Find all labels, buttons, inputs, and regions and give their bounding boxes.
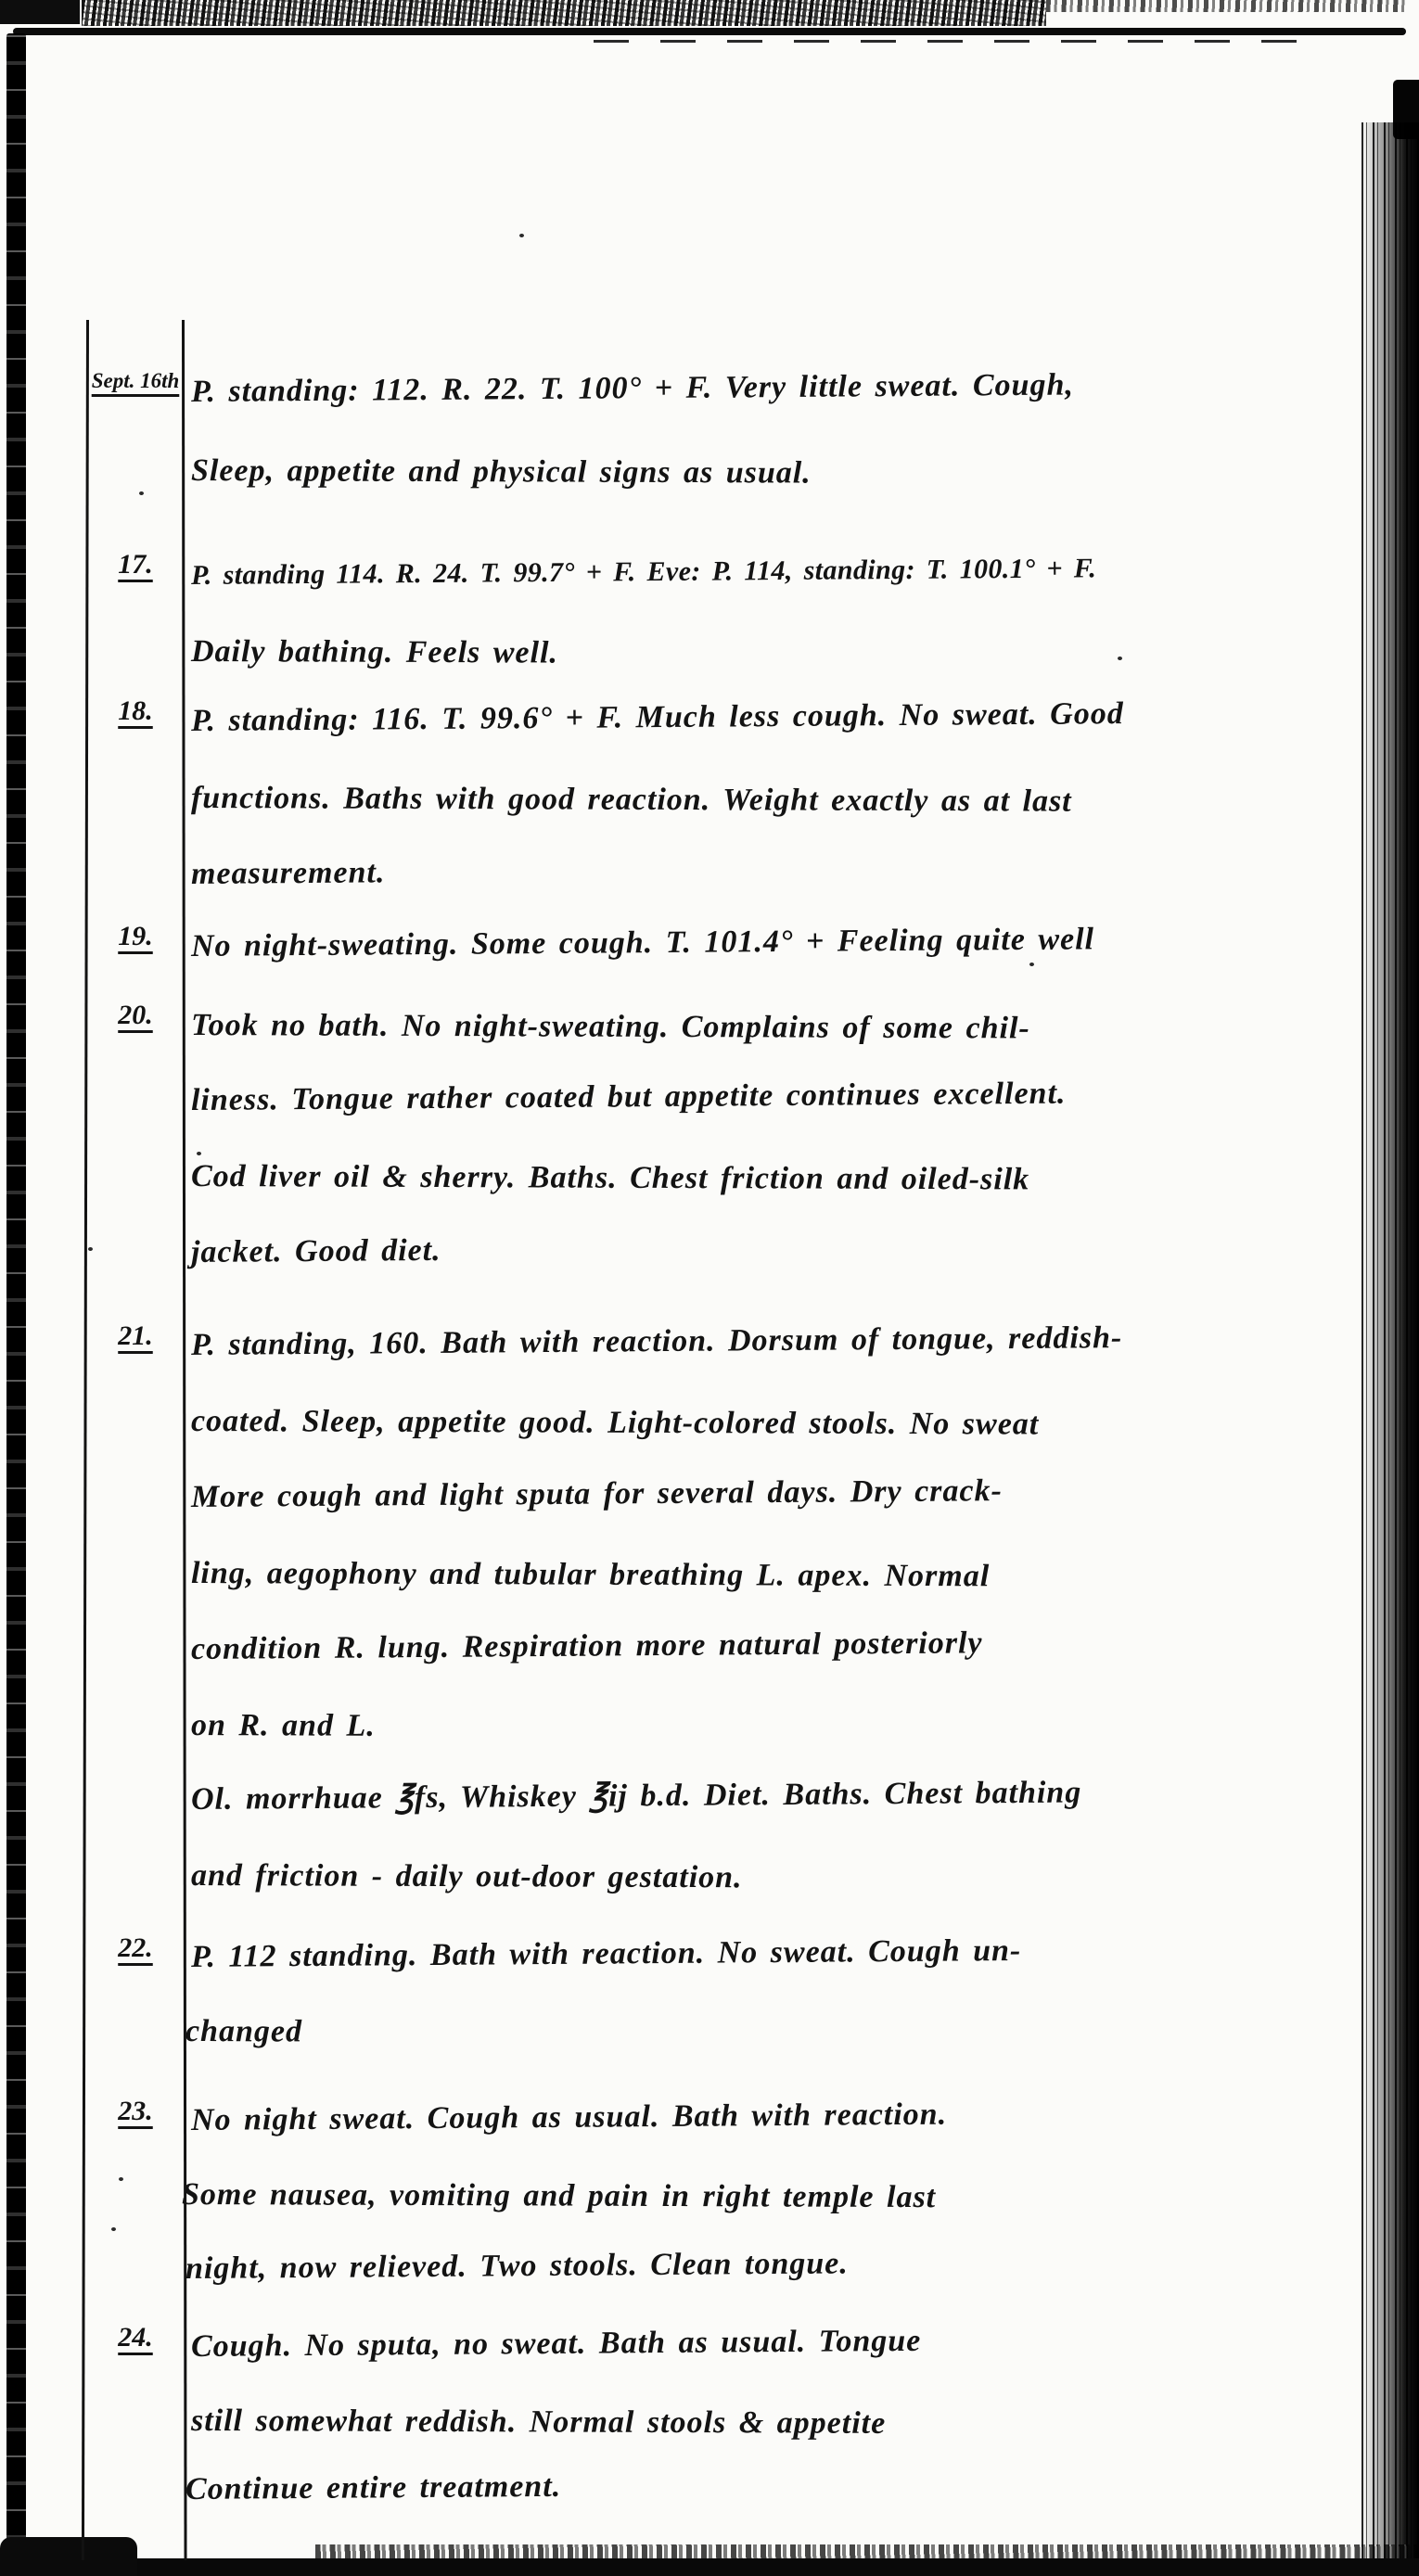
entry-line: measurement. [191, 853, 386, 894]
entry-line: condition R. lung. Respiration more natu… [191, 1624, 983, 1669]
ink-speck [111, 2227, 116, 2231]
entry-date: 24. [89, 2322, 182, 2353]
entry-line: Some nausea, vomiting and pain in right … [182, 2175, 936, 2218]
entry-date: 17. [89, 549, 182, 580]
ink-speck [88, 1247, 93, 1251]
entry-line: Cough. No sputa, no sweat. Bath as usual… [191, 2322, 922, 2367]
left-scan-edge [6, 33, 26, 2563]
book-page-edges [1360, 122, 1419, 2576]
entry-line: liness. Tongue rather coated but appetit… [191, 1075, 1067, 1121]
ink-speck [197, 1152, 201, 1155]
margin-rule-date-column [182, 320, 187, 2560]
entry-date: 23. [89, 2096, 182, 2127]
torn-top-edge-right [1046, 0, 1408, 12]
entry-date: 22. [89, 1932, 182, 1964]
margin-rule-outer [82, 320, 89, 2560]
ink-speck [1029, 963, 1034, 966]
ink-speck [119, 2177, 123, 2181]
entry-line: functions. Baths with good reaction. Wei… [191, 779, 1072, 822]
entry-date: 20. [89, 1000, 182, 1031]
entry-date: 19. [89, 921, 182, 952]
entry-line: P. standing, 160. Bath with reaction. Do… [191, 1319, 1123, 1365]
ink-speck [1118, 657, 1122, 660]
entry-line: jacket. Good diet. [191, 1231, 441, 1273]
entry-line: No night-sweating. Some cough. T. 101.4°… [191, 920, 1094, 966]
entry-line: More cough and light sputa for several d… [191, 1472, 1003, 1517]
entry-line: coated. Sleep, appetite good. Light-colo… [191, 1402, 1039, 1445]
entry-date: 21. [89, 1320, 182, 1352]
top-scan-line-secondary [594, 40, 1308, 43]
entry-line: Ol. morrhuae ℥fs, Whiskey ℥ij b.d. Diet.… [191, 1773, 1082, 1819]
torn-top-edge [82, 0, 1046, 26]
entry-line: No night sweat. Cough as usual. Bath wit… [191, 2096, 947, 2141]
entry-line: P. 112 standing. Bath with reaction. No … [191, 1932, 1022, 1978]
bottom-torn-edge [315, 2544, 1419, 2558]
top-scan-line [13, 28, 1406, 35]
ink-speck [519, 234, 524, 237]
entry-line: Took no bath. No night-sweating. Complai… [191, 1006, 1030, 1049]
entry-line: Daily bathing. Feels well. [191, 632, 558, 673]
entry-line: P. standing 114. R. 24. T. 99.7° + F. Ev… [191, 551, 1097, 593]
entry-line: Sleep, appetite and physical signs as us… [191, 452, 812, 493]
entry-date: Sept. 16th [89, 369, 182, 393]
entry-line: Cod liver oil & sherry. Baths. Chest fri… [191, 1157, 1029, 1200]
ink-speck [139, 491, 144, 495]
bottom-scan-edge [0, 2558, 1419, 2576]
entry-line: P. standing: 116. T. 99.6° + F. Much les… [191, 695, 1124, 741]
entry-line: Continue entire treatment. [185, 2468, 562, 2510]
entry-line: on R. and L. [191, 1706, 376, 1746]
entry-line: and friction - daily out-door gestation. [191, 1856, 743, 1898]
entry-line: P. standing: 112. R. 22. T. 100° + F. Ve… [191, 366, 1074, 413]
scanned-journal-page: Sept. 16th P. standing: 112. R. 22. T. 1… [0, 0, 1419, 2576]
entry-line: changed [185, 2012, 302, 2052]
entry-line: ling, aegophony and tubular breathing L.… [191, 1554, 990, 1597]
entry-date: 18. [89, 695, 182, 727]
entry-line: night, now relieved. Two stools. Clean t… [185, 2244, 849, 2289]
entry-line: still somewhat reddish. Normal stools & … [191, 2402, 886, 2443]
bottom-left-ink-blob [0, 2537, 137, 2576]
torn-top-left-block [0, 0, 80, 24]
